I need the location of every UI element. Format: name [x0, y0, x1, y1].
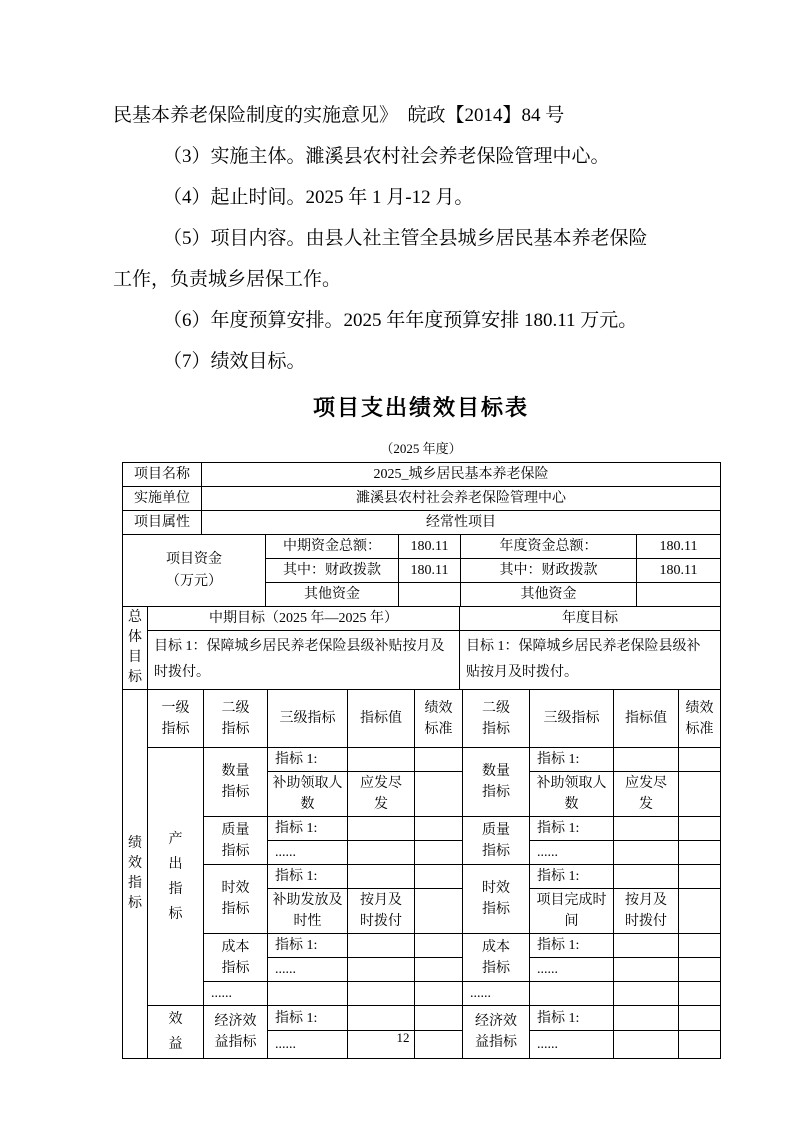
- body-line: （3）实施主体。濉溪县农村社会养老保险管理中心。: [113, 136, 693, 177]
- perf-value-cell: [348, 817, 415, 841]
- funds-value-cell: 180.11: [637, 559, 721, 583]
- perf-value-cell: 应发尽发: [348, 772, 415, 817]
- funds-row-label-cell: 其中：财政拨款: [461, 559, 637, 583]
- perf-level2-cell: 质量指标: [463, 817, 530, 865]
- perf-value-cell: 按月及时拨付: [348, 889, 415, 934]
- perf-standard-cell: [679, 772, 721, 817]
- perf-indicator-cell: 指标 1:: [530, 934, 614, 958]
- perf-standard-cell: [415, 889, 463, 934]
- perf-value-cell: [614, 934, 679, 958]
- perf-indicator-cell: 指标 1:: [530, 817, 614, 841]
- perf-level2-cell: 时效指标: [204, 865, 268, 934]
- perf-indicator-cell: 指标 1:: [530, 1006, 614, 1031]
- perf-indicator-cell: 指标 1:: [268, 1006, 348, 1031]
- perf-indicator-cell: 补助领取人数: [530, 772, 614, 817]
- perf-standard-cell: [679, 889, 721, 934]
- perf-indicator-cell: 补助领取人数: [268, 772, 348, 817]
- target-table: 项目名称 2025_城乡居民基本养老保险 实施单位 濉溪县农村社会养老保险管理中…: [122, 462, 720, 1059]
- funds-row-label-cell: 中期资金总额：: [266, 535, 399, 559]
- document-page: 民基本养老保险制度的实施意见》 皖政【2014】84 号 （3）实施主体。濉溪县…: [0, 0, 793, 1122]
- perf-value-cell: [348, 748, 415, 772]
- perf-standard-cell: [679, 748, 721, 772]
- perf-level2-cell: ......: [204, 982, 268, 1006]
- overall-mid-header-cell: 中期目标（2025 年—2025 年）: [148, 607, 460, 631]
- overall-side-label: 总体目标: [123, 607, 148, 690]
- perf-level2-cell: 质量指标: [204, 817, 268, 865]
- perf-indicator-cell: 指标 1:: [268, 748, 348, 772]
- perf-level1-output-cell: 产出指标: [148, 748, 204, 1006]
- perf-standard-cell: [679, 958, 721, 982]
- perf-standard-cell: [415, 748, 463, 772]
- perf-standard-cell: [415, 982, 463, 1006]
- perf-indicator-cell: [530, 982, 614, 1006]
- perf-value-cell: [614, 1006, 679, 1031]
- funds-value-cell: 180.11: [399, 559, 461, 583]
- perf-indicator-cell: 指标 1:: [268, 865, 348, 889]
- perf-level2-cell: 成本指标: [204, 934, 268, 982]
- info-label-cell: 实施单位: [123, 487, 202, 511]
- perf-standard-cell: [679, 865, 721, 889]
- funds-label-line1: 项目资金: [126, 549, 262, 571]
- body-text: 民基本养老保险制度的实施意见》 皖政【2014】84 号 （3）实施主体。濉溪县…: [113, 95, 693, 382]
- table-subtitle: （2025 年度）: [122, 438, 720, 457]
- perf-indicator-cell: 指标 1:: [530, 865, 614, 889]
- perf-indicator-cell: ......: [268, 958, 348, 982]
- funds-row-label-cell: 其他资金: [461, 583, 637, 607]
- perf-standard-cell: [679, 982, 721, 1006]
- funds-value-cell: 180.11: [399, 535, 461, 559]
- overall-mid-goal-cell: 目标 1：保障城乡居民养老保险县级补贴按月及时拨付。: [148, 631, 460, 690]
- perf-standard-cell: [415, 934, 463, 958]
- perf-indicator-cell: 指标 1:: [268, 934, 348, 958]
- perf-value-cell: [614, 841, 679, 865]
- perf-level2-cell: 时效指标: [463, 865, 530, 934]
- funds-label-line2: （万元）: [126, 571, 262, 593]
- perf-header-cell: 指标值: [348, 690, 415, 748]
- body-line: （6）年度预算安排。2025 年年度预算安排 180.11 万元。: [113, 300, 693, 341]
- perf-indicator-cell: 补助发放及时性: [268, 889, 348, 934]
- perf-indicator-cell: ......: [530, 958, 614, 982]
- perf-indicator-cell: ......: [530, 841, 614, 865]
- perf-header-cell: 二级指标: [463, 690, 530, 748]
- funds-table: 项目资金 （万元） 中期资金总额： 180.11 年度资金总额： 180.11 …: [122, 534, 721, 607]
- body-line: （4）起止时间。2025 年 1 月-12 月。: [113, 177, 693, 218]
- perf-header-cell: 绩效标准: [415, 690, 463, 748]
- overall-year-header-cell: 年度目标: [460, 607, 721, 631]
- body-line: 民基本养老保险制度的实施意见》 皖政【2014】84 号: [113, 95, 693, 136]
- funds-value-cell: 180.11: [637, 535, 721, 559]
- perf-standard-cell: [415, 958, 463, 982]
- perf-indicator-cell: 指标 1:: [268, 817, 348, 841]
- perf-level2-cell: 成本指标: [463, 934, 530, 982]
- perf-value-cell: 按月及时拨付: [614, 889, 679, 934]
- perf-value-cell: [614, 982, 679, 1006]
- perf-header-cell: 三级指标: [268, 690, 348, 748]
- overall-year-goal-cell: 目标 1：保障城乡居民养老保险县级补贴按月及时拨付。: [460, 631, 721, 690]
- funds-label-cell: 项目资金 （万元）: [123, 535, 266, 607]
- perf-standard-cell: [679, 841, 721, 865]
- perf-indicator-cell: ......: [268, 841, 348, 865]
- perf-value-cell: 应发尽发: [614, 772, 679, 817]
- info-value-cell: 经常性项目: [202, 511, 721, 535]
- perf-header-cell: 二级指标: [204, 690, 268, 748]
- perf-standard-cell: [415, 1006, 463, 1031]
- perf-value-cell: [614, 817, 679, 841]
- info-value-cell: 濉溪县农村社会养老保险管理中心: [202, 487, 721, 511]
- info-table: 项目名称 2025_城乡居民基本养老保险 实施单位 濉溪县农村社会养老保险管理中…: [122, 462, 721, 535]
- perf-table: 绩效指标 一级指标 二级指标 三级指标 指标值 绩效标准 二级指标 三级指标 指…: [122, 689, 721, 1059]
- funds-row-label-cell: 其他资金: [266, 583, 399, 607]
- perf-level2-cell: 数量指标: [463, 748, 530, 817]
- funds-row-label-cell: 其中：财政拨款: [266, 559, 399, 583]
- perf-standard-cell: [679, 817, 721, 841]
- perf-value-cell: [348, 934, 415, 958]
- perf-value-cell: [348, 865, 415, 889]
- funds-value-cell: [637, 583, 721, 607]
- perf-header-cell: 指标值: [614, 690, 679, 748]
- perf-standard-cell: [679, 934, 721, 958]
- body-line: （5）项目内容。由县人社主管全县城乡居民基本养老保险: [113, 218, 693, 259]
- perf-standard-cell: [415, 772, 463, 817]
- page-number: 12: [113, 1030, 693, 1046]
- perf-value-cell: [614, 865, 679, 889]
- perf-indicator-cell: [268, 982, 348, 1006]
- perf-standard-cell: [679, 1006, 721, 1031]
- perf-side-label: 绩效指标: [123, 690, 148, 1059]
- perf-value-cell: [348, 841, 415, 865]
- perf-value-cell: [614, 748, 679, 772]
- perf-level2-cell: 数量指标: [204, 748, 268, 817]
- perf-header-cell: 绩效标准: [679, 690, 721, 748]
- perf-level2-cell: ......: [463, 982, 530, 1006]
- perf-header-cell: 三级指标: [530, 690, 614, 748]
- info-value-cell: 2025_城乡居民基本养老保险: [202, 463, 721, 487]
- perf-standard-cell: [415, 841, 463, 865]
- overall-table: 总体目标 中期目标（2025 年—2025 年） 年度目标 目标 1：保障城乡居…: [122, 606, 721, 690]
- funds-value-cell: [399, 583, 461, 607]
- table-title: 项目支出绩效目标表: [122, 391, 720, 422]
- perf-value-cell: [348, 982, 415, 1006]
- perf-value-cell: [348, 1006, 415, 1031]
- body-line: 工作，负责城乡居保工作。: [113, 259, 693, 300]
- perf-indicator-cell: 指标 1:: [530, 748, 614, 772]
- perf-value-cell: [614, 958, 679, 982]
- funds-row-label-cell: 年度资金总额：: [461, 535, 637, 559]
- info-label-cell: 项目名称: [123, 463, 202, 487]
- body-line: （7）绩效目标。: [113, 341, 693, 382]
- info-label-cell: 项目属性: [123, 511, 202, 535]
- perf-standard-cell: [415, 865, 463, 889]
- perf-indicator-cell: 项目完成时间: [530, 889, 614, 934]
- perf-standard-cell: [415, 817, 463, 841]
- perf-header-cell: 一级指标: [148, 690, 204, 748]
- perf-value-cell: [348, 958, 415, 982]
